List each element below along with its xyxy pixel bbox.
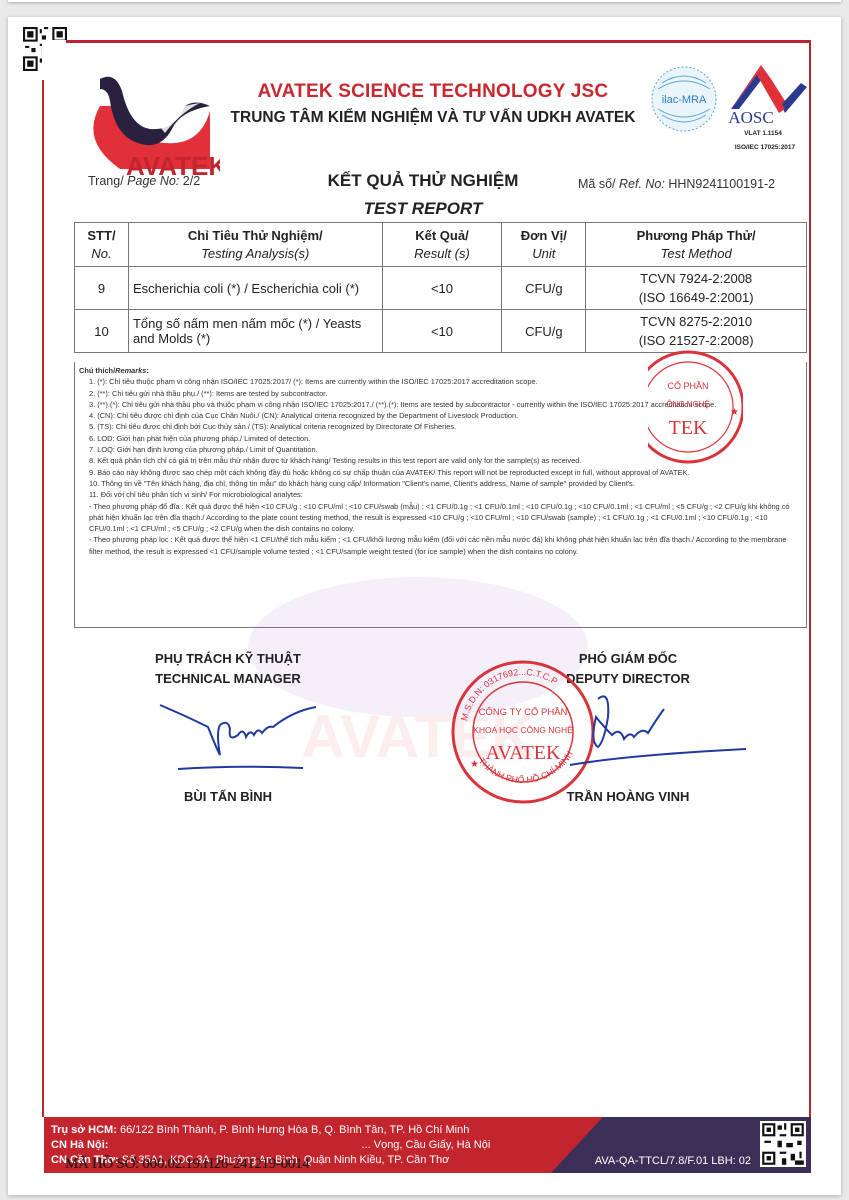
svg-text:VLAT 1.1154: VLAT 1.1154 [744,130,782,137]
aosc-badge-icon: AOSC VLAT 1.1154 ISO/IEC 17025:2017 [723,61,808,151]
cell-method: TCVN 7924-2:2008(ISO 16649-2:2001) [586,267,807,310]
qr-code-icon [760,1121,806,1167]
column-header-analysis: Chỉ Tiêu Thử Nghiệm/Testing Analysis(s) [128,223,382,267]
handwritten-signature-left [158,697,318,772]
svg-text:TEK: TEK [669,417,708,439]
previous-page-edge [8,0,841,2]
cell-result: <10 [382,310,502,353]
cell-unit: CFU/g [502,310,586,353]
side-stamp-icon: CỔ PHẦN ÔNG NGHỆ TEK ★ [648,327,743,492]
column-header-method: Phương Pháp Thử/Test Method [586,223,807,267]
address-hcm: Trụ sở HCM: 66/122 Bình Thành, P. Bình H… [51,1123,490,1138]
address-hanoi: CN Hà Nội: ... Vọng, Cầu Giấy, Hà Nội [51,1138,490,1153]
svg-text:KHOA HỌC CÔNG NGHỆ: KHOA HỌC CÔNG NGHỆ [473,725,573,735]
svg-text:★: ★ [470,759,479,770]
svg-text:★: ★ [730,407,739,418]
cell-result: <10 [382,267,502,310]
company-header: AVATEK SCIENCE TECHNOLOGY JSC TRUNG TÂM … [223,81,643,127]
cell-no: 10 [75,310,129,353]
reference-number: Mã số/ Ref. No: HHN9241100191-2 [578,177,775,191]
column-header-no: STT/No. [75,223,129,267]
cell-no: 9 [75,267,129,310]
table-header-row: STT/No. Chỉ Tiêu Thử Nghiệm/Testing Anal… [75,223,807,267]
svg-text:CÔNG TY CỔ PHẦN: CÔNG TY CỔ PHẦN [479,706,568,718]
svg-text:ISO/IEC 17025:2017: ISO/IEC 17025:2017 [735,144,796,151]
document-page: AVATEK AVATEK SCIENCE TECHNOLOGY JSC TRU… [8,17,841,1195]
remark-item: - Theo phương pháp lọc : Kết quả được th… [79,534,802,557]
svg-text:ÔNG NGHỆ: ÔNG NGHỆ [666,400,710,409]
report-title-en: TEST REPORT [263,199,583,219]
remark-item: - Theo phương pháp đổ đĩa : Kết quả được… [79,501,802,535]
company-name-vi: TRUNG TÂM KIỂM NGHIỆM VÀ TƯ VẤN UDKH AVA… [223,109,643,127]
report-title-vi: KẾT QUẢ THỬ NGHIỆM [263,171,583,191]
table-row: 9 Escherichia coli (*) / Escherichia col… [75,267,807,310]
cell-analysis: Escherichia coli (*) / Escherichia coli … [128,267,382,310]
svg-text:AVATEK: AVATEK [486,742,561,764]
cell-analysis: Tổng số nấm men nấm mốc (*) / Yeasts and… [128,310,382,353]
signatory-role-vi: PHỤ TRÁCH KỸ THUẬT [128,649,328,669]
column-header-result: Kết Quả/Result (s) [382,223,502,267]
ilac-mra-badge-icon: ilac-MRA [650,65,718,133]
form-code: AVA-QA-TTCL/7.8/F.01 LBH: 02 [595,1154,751,1169]
signatory-name: BÙI TẤN BÌNH [128,789,328,804]
handwritten-signature-right [568,687,748,772]
company-name-en: AVATEK SCIENCE TECHNOLOGY JSC [223,81,643,103]
svg-text:ilac-MRA: ilac-MRA [662,94,707,106]
cell-unit: CFU/g [502,267,586,310]
column-header-unit: Đơn Vị/Unit [502,223,586,267]
svg-text:CỔ PHẦN: CỔ PHẦN [667,380,708,391]
signatory-role-en: TECHNICAL MANAGER [128,669,328,689]
report-title: KẾT QUẢ THỬ NGHIỆM TEST REPORT [263,171,583,219]
page-number: Trang/ Page No: 2/2 [88,174,200,188]
document-id-overlay: MÃ HỒ SƠ: 000.02.19.H26-241219-0014 [65,1156,310,1173]
avatek-logo: AVATEK [60,51,220,181]
svg-text:AOSC: AOSC [728,108,773,127]
